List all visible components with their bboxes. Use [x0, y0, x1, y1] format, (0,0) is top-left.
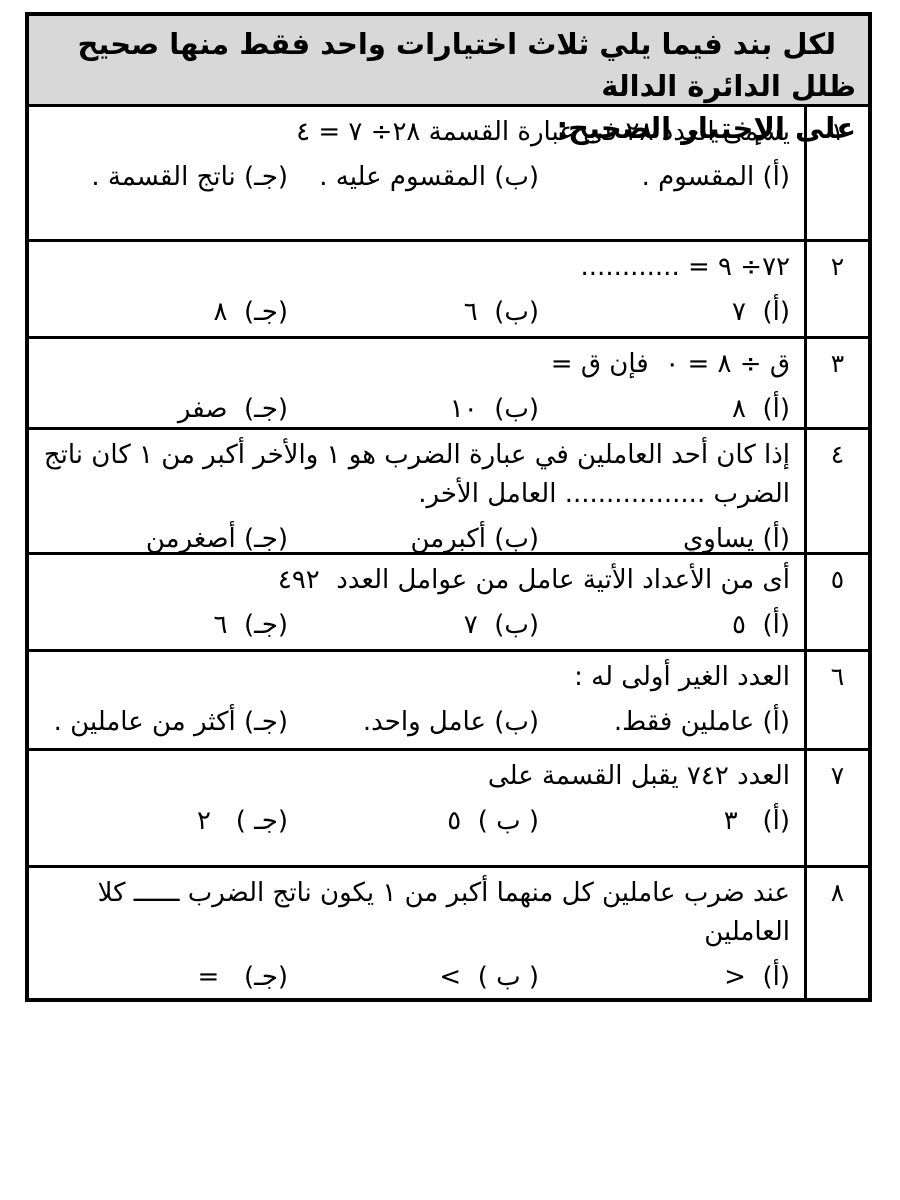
option-a: (أ) عاملين فقط.: [539, 704, 790, 740]
option-c: (جـ) أكثر من عاملين .: [37, 704, 288, 740]
question-row-8: ٨ عند ضرب عاملين كل منهما أكبر من ١ يكون…: [29, 868, 868, 998]
question-content: إذا كان أحد العاملين في عبارة الضرب هو ١…: [29, 430, 804, 552]
question-number: ٨: [804, 868, 868, 998]
question-content: أى من الأعداد الأتية عامل من عوامل العدد…: [29, 555, 804, 649]
option-a: (أ) ٣: [539, 803, 790, 839]
quiz-table: لكل بند فيما يلي ثلاث اختيارات واحد فقط …: [25, 12, 872, 1002]
question-text: العدد الغير أولى له :: [37, 658, 790, 697]
question-text: أى من الأعداد الأتية عامل من عوامل العدد…: [37, 561, 790, 600]
option-a: (أ) المقسوم .: [539, 159, 790, 195]
question-number: ٢: [804, 242, 868, 336]
question-row-1: ١ يسمى العدد ٢٨ فى عبارة القسمة ٢٨÷ ٧ = …: [29, 107, 868, 242]
question-number: ٦: [804, 652, 868, 748]
instructions-header: لكل بند فيما يلي ثلاث اختيارات واحد فقط …: [29, 16, 868, 107]
question-content: العدد الغير أولى له : (أ) عاملين فقط. (ب…: [29, 652, 804, 748]
options-row: (أ) المقسوم . (ب) المقسوم عليه . (جـ) نا…: [37, 159, 790, 195]
question-row-6: ٦ العدد الغير أولى له : (أ) عاملين فقط. …: [29, 652, 868, 751]
question-row-2: ٢ ٧٢÷ ٩ = ............ (أ) ٧ (ب) ٦ (جـ) …: [29, 242, 868, 339]
question-content: يسمى العدد ٢٨ فى عبارة القسمة ٢٨÷ ٧ = ٤ …: [29, 107, 804, 239]
question-number: ٣: [804, 339, 868, 427]
question-number: ٥: [804, 555, 868, 649]
question-row-5: ٥ أى من الأعداد الأتية عامل من عوامل الع…: [29, 555, 868, 652]
option-a: (أ) ٧: [539, 294, 790, 330]
option-c: (جـ) ناتج القسمة .: [37, 159, 288, 195]
question-text: ق ÷ ٨ = ٠ فإن ق =: [37, 345, 790, 384]
question-text: عند ضرب عاملين كل منهما أكبر من ١ يكون ن…: [37, 874, 790, 952]
option-c: (جـ) ٨: [37, 294, 288, 330]
option-b: (ب) عامل واحد.: [288, 704, 539, 740]
question-row-3: ٣ ق ÷ ٨ = ٠ فإن ق = (أ) ٨ (ب) ١٠ (جـ) صف…: [29, 339, 868, 430]
question-row-7: ٧ العدد ٧٤٢ يقبل القسمة على (أ) ٣ ( ب ) …: [29, 751, 868, 868]
options-row: (أ) ٧ (ب) ٦ (جـ) ٨: [37, 294, 790, 330]
instructions-line1: لكل بند فيما يلي ثلاث اختيارات واحد فقط …: [41, 23, 856, 107]
option-c: (جـ) =: [37, 959, 288, 995]
option-b: (ب) المقسوم عليه .: [288, 159, 539, 195]
options-row: (أ) ٨ (ب) ١٠ (جـ) صفر: [37, 391, 790, 427]
option-c: (جـ) أصغرمن: [37, 521, 288, 552]
option-b: (ب) ٧: [288, 607, 539, 643]
question-text: يسمى العدد ٢٨ فى عبارة القسمة ٢٨÷ ٧ = ٤: [37, 113, 790, 152]
options-row: (أ) ٣ ( ب ) ٥ (جـ ) ٢: [37, 803, 790, 839]
question-content: عند ضرب عاملين كل منهما أكبر من ١ يكون ن…: [29, 868, 804, 998]
option-b: (ب) أكبرمن: [288, 521, 539, 552]
option-b: ( ب ) ‎<‎: [288, 959, 539, 995]
question-content: ق ÷ ٨ = ٠ فإن ق = (أ) ٨ (ب) ١٠ (جـ) صفر: [29, 339, 804, 427]
options-row: (أ) يساوي (ب) أكبرمن (جـ) أصغرمن: [37, 521, 790, 552]
option-c: (جـ) صفر: [37, 391, 288, 427]
question-text: العدد ٧٤٢ يقبل القسمة على: [37, 757, 790, 796]
question-number: ١: [804, 107, 868, 239]
question-text: ٧٢÷ ٩ = ............: [37, 248, 790, 287]
question-number: ٧: [804, 751, 868, 865]
option-a: (أ) يساوي: [539, 521, 790, 552]
question-content: العدد ٧٤٢ يقبل القسمة على (أ) ٣ ( ب ) ٥ …: [29, 751, 804, 865]
option-c: (جـ) ٦: [37, 607, 288, 643]
option-a: (أ) ‎>‎: [539, 959, 790, 995]
question-text: إذا كان أحد العاملين في عبارة الضرب هو ١…: [37, 436, 790, 514]
option-a: (أ) ٥: [539, 607, 790, 643]
options-row: (أ) ‎>‎ ( ب ) ‎<‎ (جـ) =: [37, 959, 790, 995]
question-content: ٧٢÷ ٩ = ............ (أ) ٧ (ب) ٦ (جـ) ٨: [29, 242, 804, 336]
options-row: (أ) ٥ (ب) ٧ (جـ) ٦: [37, 607, 790, 643]
question-number: ٤: [804, 430, 868, 552]
option-b: ( ب ) ٥: [288, 803, 539, 839]
option-c: (جـ ) ٢: [37, 803, 288, 839]
worksheet-page: لكل بند فيما يلي ثلاث اختيارات واحد فقط …: [0, 0, 900, 1200]
option-b: (ب) ١٠: [288, 391, 539, 427]
question-row-4: ٤ إذا كان أحد العاملين في عبارة الضرب هو…: [29, 430, 868, 555]
options-row: (أ) عاملين فقط. (ب) عامل واحد. (جـ) أكثر…: [37, 704, 790, 740]
option-b: (ب) ٦: [288, 294, 539, 330]
option-a: (أ) ٨: [539, 391, 790, 427]
